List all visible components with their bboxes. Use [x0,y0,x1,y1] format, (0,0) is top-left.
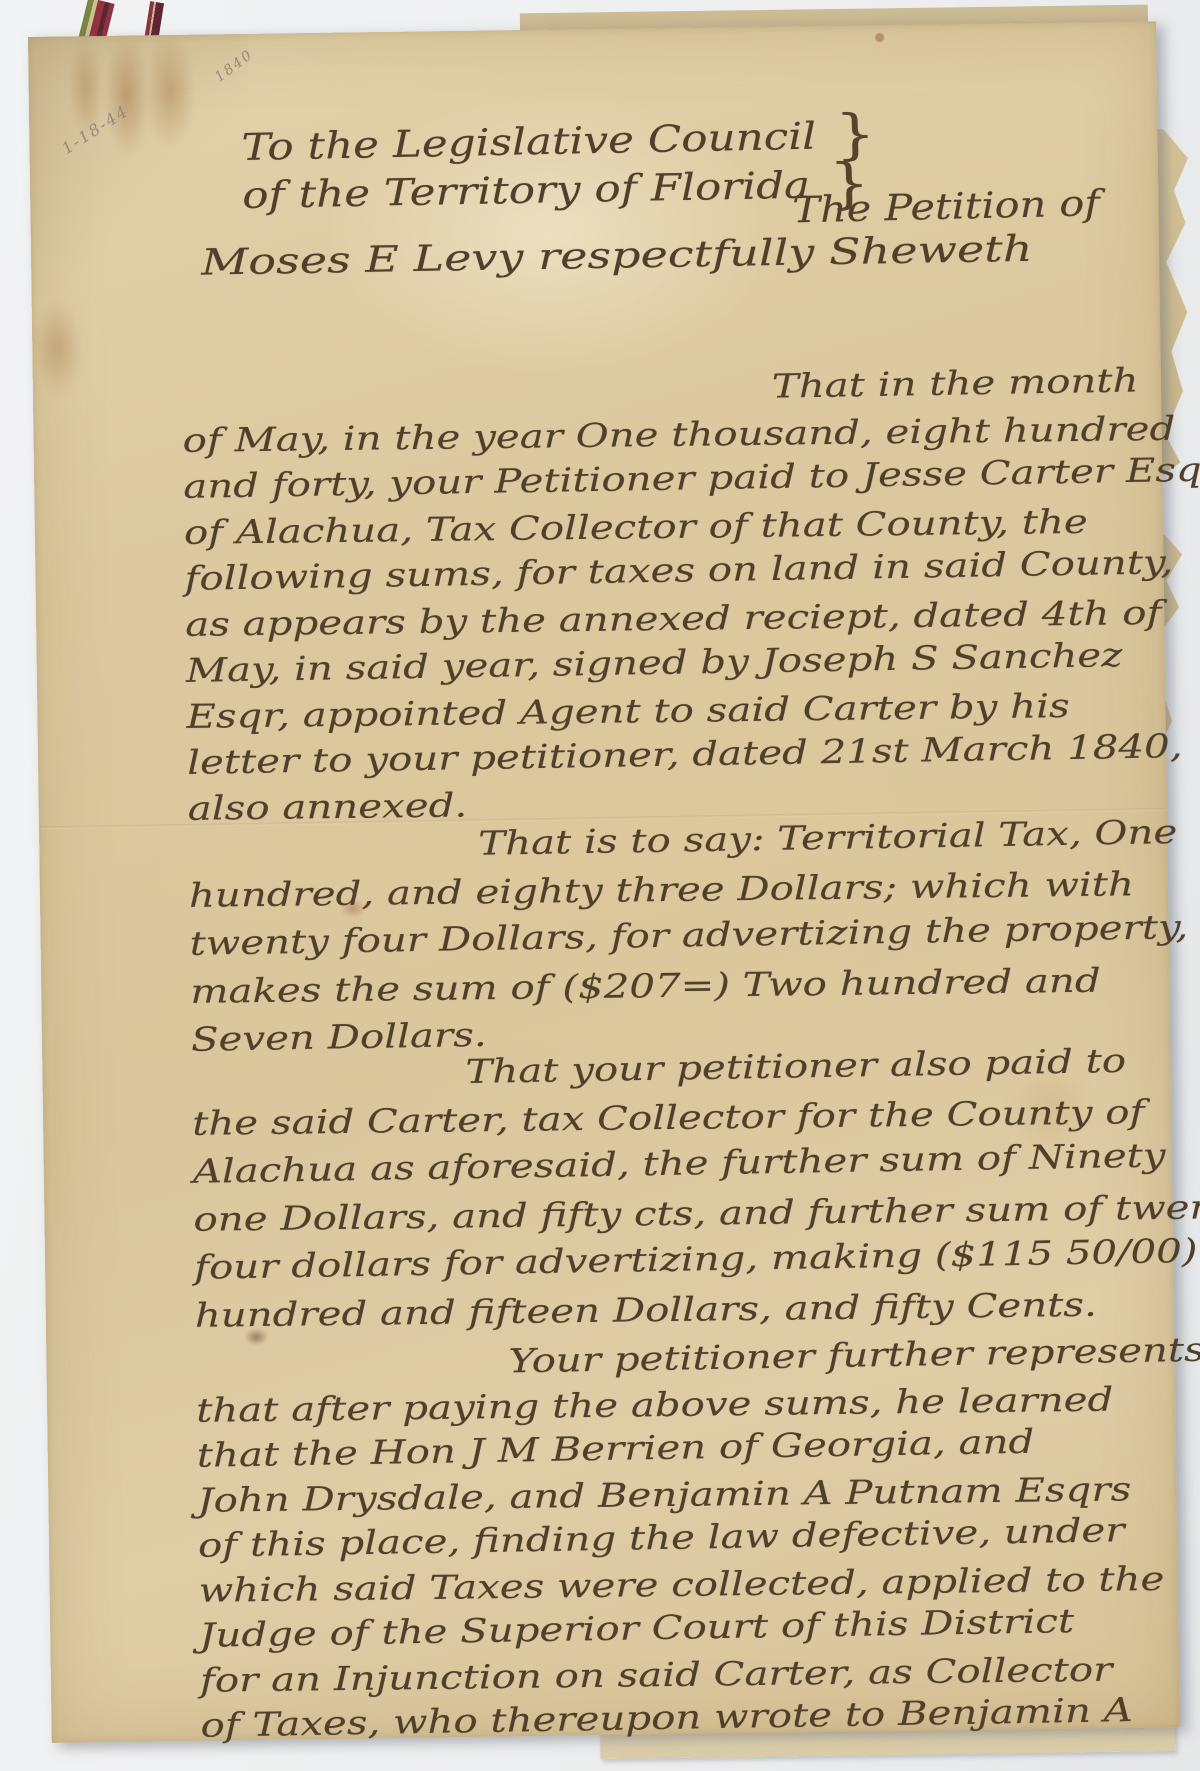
address-line-2-text: of the Territory of Florida [242,164,811,217]
petition-paragraph-1: That in the month of May, in the year On… [182,358,1167,832]
manuscript-line: That in the month [772,356,1200,410]
manuscript-text: To the Legislative Council} of the Terri… [28,21,1180,1743]
petitioner-line: Moses E Levy respectfully Sheweth [201,229,1033,284]
address-line-2: of the Territory of Florida} [242,146,870,221]
petition-paragraph-4: Your petitioner further represents, that… [195,1329,1180,1748]
petition-of-line: The Petition of [792,183,1100,231]
petition-paragraph-3: That your petitioner also paid to the sa… [191,1038,1174,1340]
scan-background: 1-18-44 1840 To the Legislative Council}… [0,0,1200,1771]
document-page: 1-18-44 1840 To the Legislative Council}… [28,21,1180,1743]
petition-paragraph-2: That is to say: Territorial Tax, One hun… [188,810,1170,1064]
